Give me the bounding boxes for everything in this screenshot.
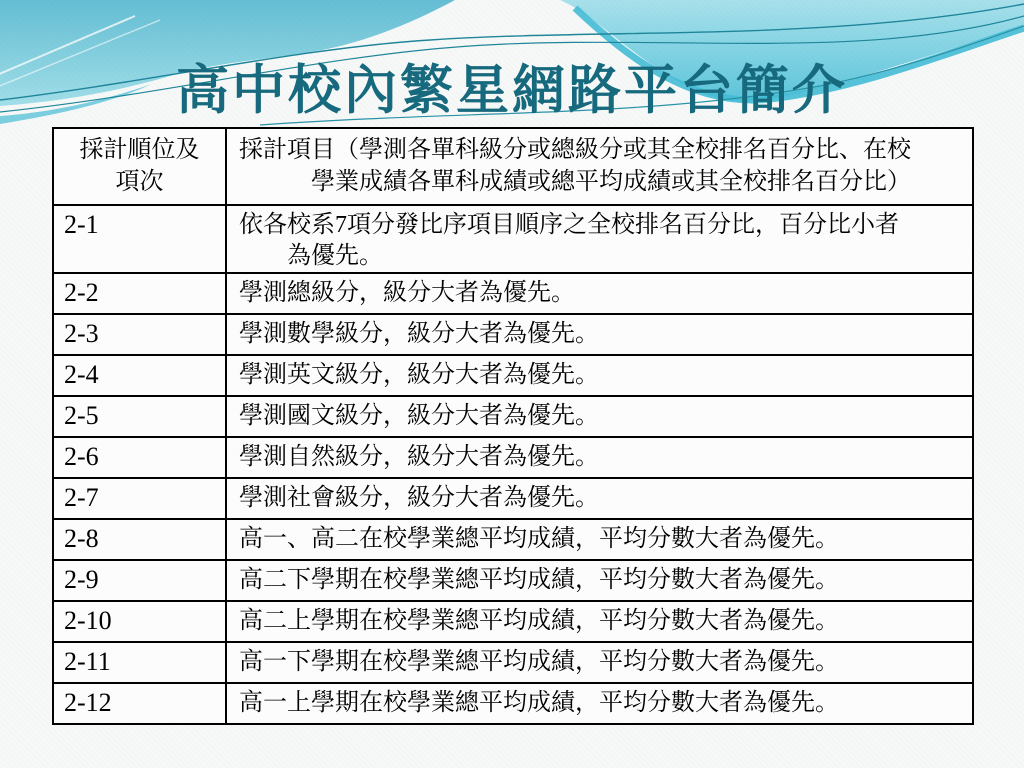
- table-row: 2-5 學測國文級分，級分大者為優先。: [53, 396, 973, 437]
- row-description: 學測英文級分，級分大者為優先。: [226, 355, 973, 396]
- page-title: 高中校內繁星網路平台簡介: [0, 62, 1024, 120]
- table-row: 2-11 高一下學期在校學業總平均成績，平均分數大者為優先。: [53, 642, 973, 683]
- row-description: 高一上學期在校學業總平均成績，平均分數大者為優先。: [226, 683, 973, 724]
- row-description: 學測總級分，級分大者為優先。: [226, 273, 973, 314]
- row-id: 2-7: [53, 478, 226, 519]
- row-id: 2-9: [53, 560, 226, 601]
- table-row: 2-6 學測自然級分，級分大者為優先。: [53, 437, 973, 478]
- row-id: 2-11: [53, 642, 226, 683]
- slide: 高中校內繁星網路平台簡介 採計順位及 項次 採計項目（學測各單科級分或總級分或其…: [0, 0, 1024, 768]
- row-id: 2-1: [53, 205, 226, 273]
- row-id: 2-12: [53, 683, 226, 724]
- row-description: 高一下學期在校學業總平均成績，平均分數大者為優先。: [226, 642, 973, 683]
- table-row: 2-4 學測英文級分，級分大者為優先。: [53, 355, 973, 396]
- row-description: 學測自然級分，級分大者為優先。: [226, 437, 973, 478]
- table-row: 2-8 高一、高二在校學業總平均成績，平均分數大者為優先。: [53, 519, 973, 560]
- row-description: 學測社會級分，級分大者為優先。: [226, 478, 973, 519]
- criteria-table: 採計順位及 項次 採計項目（學測各單科級分或總級分或其全校排名百分比、在校 學業…: [52, 127, 974, 725]
- row-id: 2-6: [53, 437, 226, 478]
- table-row: 2-2 學測總級分，級分大者為優先。: [53, 273, 973, 314]
- row-id: 2-4: [53, 355, 226, 396]
- criteria-table-body: 2-1 依各校系7項分發比序項目順序之全校排名百分比，百分比小者 為優先。 2-…: [53, 205, 973, 724]
- table-row: 2-12 高一上學期在校學業總平均成績，平均分數大者為優先。: [53, 683, 973, 724]
- header-items-column: 採計項目（學測各單科級分或總級分或其全校排名百分比、在校 學業成績各單科成績或總…: [226, 128, 973, 205]
- table-row: 2-10 高二上學期在校學業總平均成績，平均分數大者為優先。: [53, 601, 973, 642]
- table-row: 2-3 學測數學級分，級分大者為優先。: [53, 314, 973, 355]
- table-row: 2-1 依各校系7項分發比序項目順序之全校排名百分比，百分比小者 為優先。: [53, 205, 973, 273]
- row-id: 2-10: [53, 601, 226, 642]
- row-description: 依各校系7項分發比序項目順序之全校排名百分比，百分比小者 為優先。: [226, 205, 973, 273]
- row-id: 2-8: [53, 519, 226, 560]
- row-description: 高二上學期在校學業總平均成績，平均分數大者為優先。: [226, 601, 973, 642]
- row-id: 2-2: [53, 273, 226, 314]
- row-description: 學測數學級分，級分大者為優先。: [226, 314, 973, 355]
- header-order-column: 採計順位及 項次: [53, 128, 226, 205]
- row-id: 2-3: [53, 314, 226, 355]
- table-header-row: 採計順位及 項次 採計項目（學測各單科級分或總級分或其全校排名百分比、在校 學業…: [53, 128, 973, 205]
- table-row: 2-9 高二下學期在校學業總平均成績，平均分數大者為優先。: [53, 560, 973, 601]
- row-description: 學測國文級分，級分大者為優先。: [226, 396, 973, 437]
- row-description: 高二下學期在校學業總平均成績，平均分數大者為優先。: [226, 560, 973, 601]
- table-row: 2-7 學測社會級分，級分大者為優先。: [53, 478, 973, 519]
- row-id: 2-5: [53, 396, 226, 437]
- row-description: 高一、高二在校學業總平均成績，平均分數大者為優先。: [226, 519, 973, 560]
